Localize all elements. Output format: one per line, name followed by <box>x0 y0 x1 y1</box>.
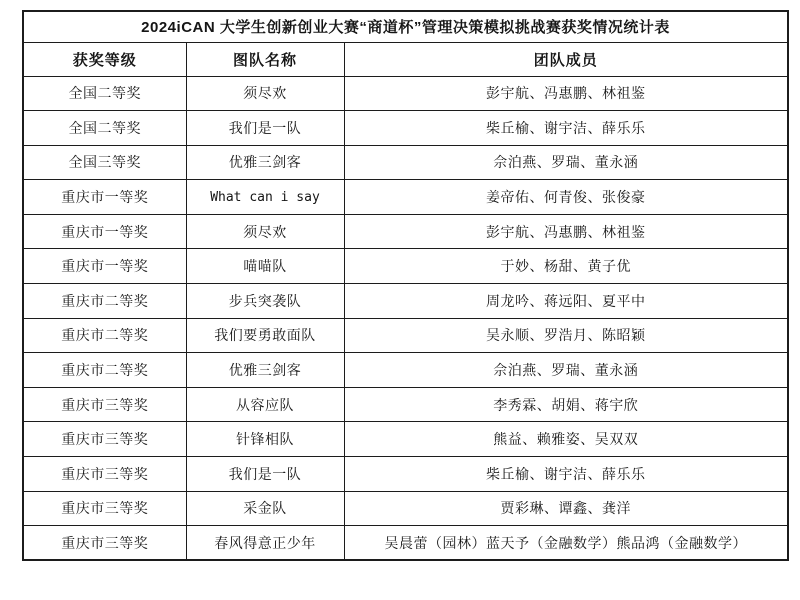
table-row: 重庆市三等奖我们是一队柴丘榆、谢宇洁、薛乐乐 <box>23 457 788 492</box>
award-level-cell: 重庆市一等奖 <box>23 214 186 249</box>
award-level-cell: 重庆市三等奖 <box>23 422 186 457</box>
team-name-cell: 须尽欢 <box>186 214 344 249</box>
team-members-cell: 彭宇航、冯惠鹏、林祖鉴 <box>344 214 788 249</box>
table-head: 2024iCAN 大学生创新创业大赛“商道杯”管理决策模拟挑战赛获奖情况统计表 … <box>23 11 788 76</box>
team-members-cell: 贾彩琳、谭鑫、龚洋 <box>344 491 788 526</box>
team-name-cell: 我们是一队 <box>186 111 344 146</box>
award-level-cell: 重庆市一等奖 <box>23 180 186 215</box>
team-name-cell: 针锋相队 <box>186 422 344 457</box>
award-level-cell: 重庆市三等奖 <box>23 387 186 422</box>
award-level-cell: 全国三等奖 <box>23 145 186 180</box>
team-name-cell: 须尽欢 <box>186 76 344 111</box>
team-name-cell: 喵喵队 <box>186 249 344 284</box>
award-level-cell: 重庆市三等奖 <box>23 526 186 561</box>
team-members-cell: 于妙、杨甜、黄子优 <box>344 249 788 284</box>
table-row: 重庆市二等奖优雅三剑客佘泊燕、罗瑞、董永涵 <box>23 353 788 388</box>
team-name-cell: 优雅三剑客 <box>186 353 344 388</box>
team-members-cell: 周龙吟、蒋远阳、夏平中 <box>344 284 788 319</box>
header-row: 获奖等级 图队名称 团队成员 <box>23 42 788 76</box>
award-level-cell: 重庆市二等奖 <box>23 284 186 319</box>
team-name-cell: 采金队 <box>186 491 344 526</box>
team-members-cell: 柴丘榆、谢宇洁、薛乐乐 <box>344 457 788 492</box>
table-row: 全国三等奖优雅三剑客佘泊燕、罗瑞、董永涵 <box>23 145 788 180</box>
team-members-cell: 彭宇航、冯惠鹏、林祖鉴 <box>344 76 788 111</box>
table-row: 重庆市三等奖春风得意正少年吴晨蕾（园林）蓝天予（金融数学）熊品鸿（金融数学） <box>23 526 788 561</box>
team-members-cell: 李秀霖、胡娟、蒋宇欣 <box>344 387 788 422</box>
team-members-cell: 柴丘榆、谢宇洁、薛乐乐 <box>344 111 788 146</box>
award-level-cell: 重庆市二等奖 <box>23 353 186 388</box>
award-level-cell: 重庆市二等奖 <box>23 318 186 353</box>
table-row: 重庆市一等奖喵喵队于妙、杨甜、黄子优 <box>23 249 788 284</box>
header-team-name: 图队名称 <box>186 42 344 76</box>
table-row: 重庆市二等奖我们要勇敢面队吴永顺、罗浩月、陈昭颖 <box>23 318 788 353</box>
table-body: 全国二等奖须尽欢彭宇航、冯惠鹏、林祖鉴全国二等奖我们是一队柴丘榆、谢宇洁、薛乐乐… <box>23 76 788 560</box>
team-name-cell: 优雅三剑客 <box>186 145 344 180</box>
table-row: 重庆市一等奖What can i say姜帝佑、何青俊、张俊豪 <box>23 180 788 215</box>
table-title: 2024iCAN 大学生创新创业大赛“商道杯”管理决策模拟挑战赛获奖情况统计表 <box>23 11 788 42</box>
team-members-cell: 佘泊燕、罗瑞、董永涵 <box>344 145 788 180</box>
header-team-members: 团队成员 <box>344 42 788 76</box>
team-members-cell: 吴晨蕾（园林）蓝天予（金融数学）熊品鸿（金融数学） <box>344 526 788 561</box>
team-members-cell: 姜帝佑、何青俊、张俊豪 <box>344 180 788 215</box>
table-row: 重庆市二等奖步兵突袭队周龙吟、蒋远阳、夏平中 <box>23 284 788 319</box>
table-row: 重庆市一等奖须尽欢彭宇航、冯惠鹏、林祖鉴 <box>23 214 788 249</box>
award-level-cell: 重庆市三等奖 <box>23 491 186 526</box>
team-name-cell: 步兵突袭队 <box>186 284 344 319</box>
team-name-cell: 春风得意正少年 <box>186 526 344 561</box>
table-row: 重庆市三等奖从容应队李秀霖、胡娟、蒋宇欣 <box>23 387 788 422</box>
table-row: 重庆市三等奖采金队贾彩琳、谭鑫、龚洋 <box>23 491 788 526</box>
award-level-cell: 重庆市一等奖 <box>23 249 186 284</box>
table-row: 重庆市三等奖针锋相队熊益、赖雅姿、吴双双 <box>23 422 788 457</box>
team-name-cell: 我们是一队 <box>186 457 344 492</box>
title-row: 2024iCAN 大学生创新创业大赛“商道杯”管理决策模拟挑战赛获奖情况统计表 <box>23 11 788 42</box>
team-name-cell: 从容应队 <box>186 387 344 422</box>
team-members-cell: 熊益、赖雅姿、吴双双 <box>344 422 788 457</box>
team-name-cell: What can i say <box>186 180 344 215</box>
team-members-cell: 吴永顺、罗浩月、陈昭颖 <box>344 318 788 353</box>
table-row: 全国二等奖我们是一队柴丘榆、谢宇洁、薛乐乐 <box>23 111 788 146</box>
award-statistics-table: 2024iCAN 大学生创新创业大赛“商道杯”管理决策模拟挑战赛获奖情况统计表 … <box>22 10 789 561</box>
header-award-level: 获奖等级 <box>23 42 186 76</box>
table-row: 全国二等奖须尽欢彭宇航、冯惠鹏、林祖鉴 <box>23 76 788 111</box>
team-members-cell: 佘泊燕、罗瑞、董永涵 <box>344 353 788 388</box>
award-level-cell: 重庆市三等奖 <box>23 457 186 492</box>
team-name-cell: 我们要勇敢面队 <box>186 318 344 353</box>
award-level-cell: 全国二等奖 <box>23 76 186 111</box>
page: 2024iCAN 大学生创新创业大赛“商道杯”管理决策模拟挑战赛获奖情况统计表 … <box>0 0 800 600</box>
award-level-cell: 全国二等奖 <box>23 111 186 146</box>
